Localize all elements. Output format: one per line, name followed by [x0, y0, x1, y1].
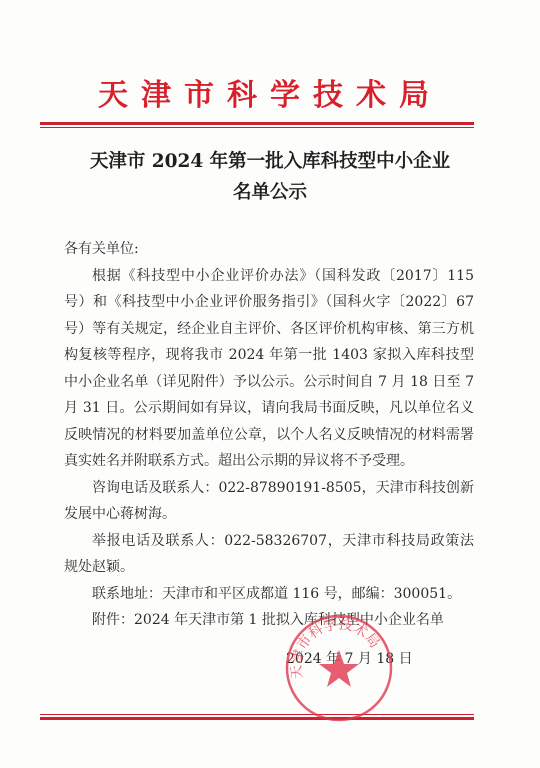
letterhead-organization: 天津市科学技术局: [40, 78, 500, 114]
title-line-2: 名单公示: [40, 177, 500, 208]
salutation: 各有关单位:: [64, 236, 474, 263]
paragraph-address: 联系地址：天津市和平区成都道 116 号，邮编：300051。: [64, 581, 474, 608]
document-page: 天津市科学技术局 天津市 2024 年第一批入库科技型中小企业 名单公示 各有关…: [0, 0, 540, 768]
document-title: 天津市 2024 年第一批入库科技型中小企业 名单公示: [40, 146, 500, 208]
paragraph-inquiry-contact: 咨询电话及联系人：022-87890191-8505，天津市科技创新发展中心蒋树…: [64, 475, 474, 528]
footer-red-rule: [40, 714, 474, 720]
title-line-1: 天津市 2024 年第一批入库科技型中小企业: [40, 146, 500, 177]
letterhead-red-rule: [40, 122, 474, 128]
paragraph-report-contact: 举报电话及联系人：022-58326707，天津市科技局政策法规处赵颖。: [64, 528, 474, 581]
paragraph-attachment: 附件：2024 年天津市第 1 批拟入库科技型中小企业名单: [64, 607, 474, 634]
official-seal-icon: 天津市科学技术局: [283, 612, 395, 724]
document-body: 各有关单位: 根据《科技型中小企业评价办法》（国科发政〔2017〕115号）和《…: [64, 236, 474, 634]
paragraph-main: 根据《科技型中小企业评价办法》（国科发政〔2017〕115号）和《科技型中小企业…: [64, 263, 474, 475]
